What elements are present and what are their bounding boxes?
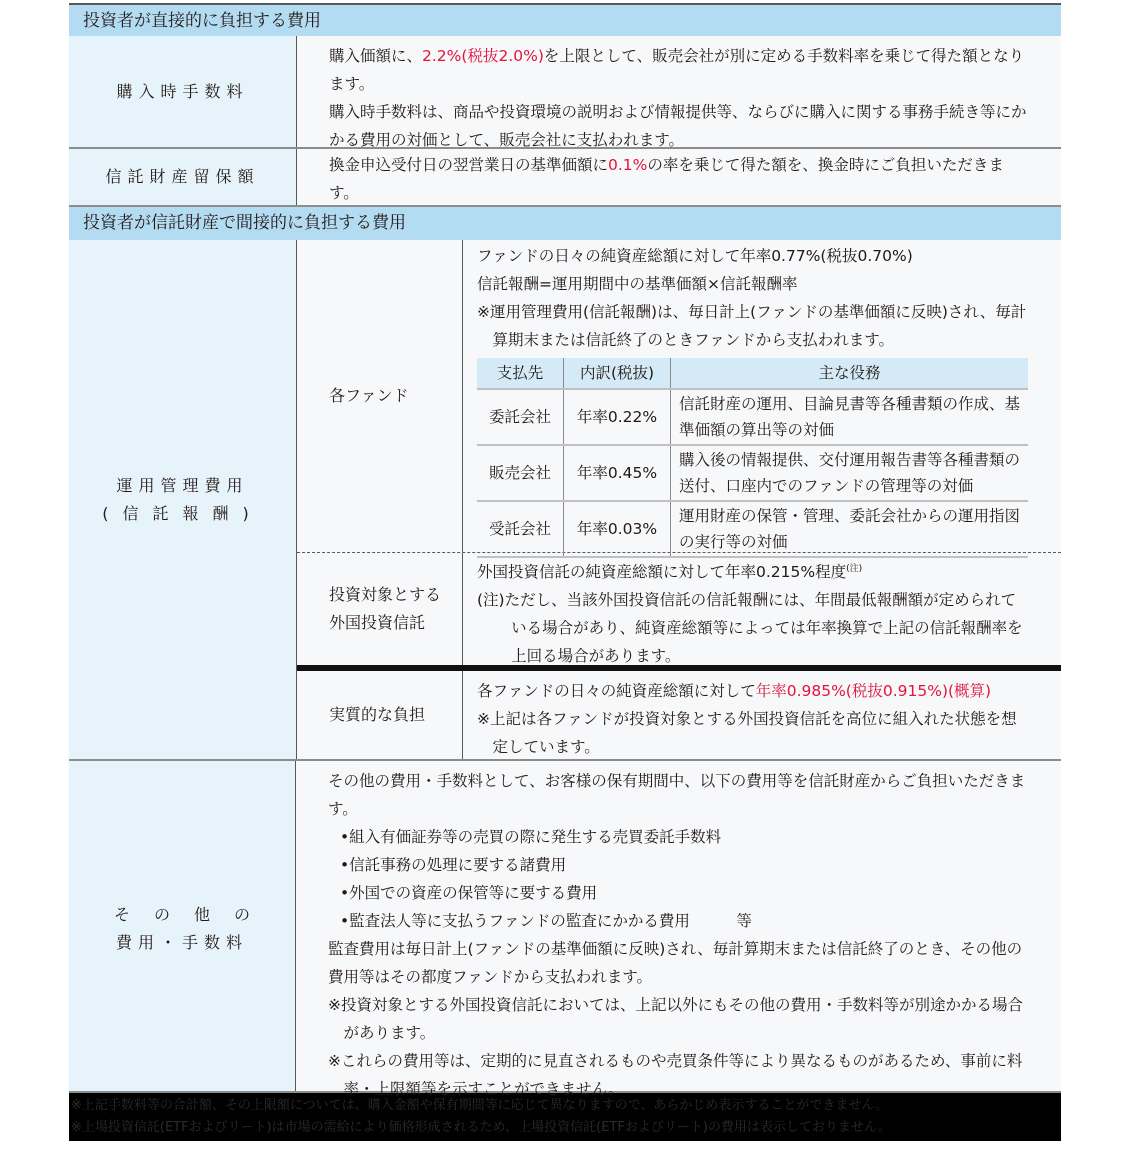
- effective-rate-line: 各ファンドの日々の純資産総額に対して年率0.985%(税抜0.915%)(概算): [477, 677, 1031, 705]
- row-other-fees: その他の費用・手数料 その他の費用・手数料として、お客様の保有期間中、以下の費用…: [69, 761, 1061, 1093]
- table-row: 受託会社 年率0.03% 運用財産の保管・管理、委託会社からの運用指図の実行等の…: [477, 501, 1028, 557]
- list-item: •監査法人等に支払うファンドの監査にかかる費用 等: [328, 907, 1031, 935]
- cell-payee: 販売会社: [477, 445, 564, 501]
- management-fee-body: 各ファンド ファンドの日々の純資産総額に対して年率0.77%(税抜0.70%) …: [297, 240, 1061, 759]
- list-item: •組入有価証券等の売買の際に発生する売買委託手数料: [328, 823, 1031, 851]
- cell-rate: 年率0.22%: [564, 389, 671, 445]
- label-line: 費用・手数料: [90, 929, 274, 957]
- row-purchase-fee: 購入時手数料 購入価額に、2.2%(税抜2.0%)を上限として、販売会社が別に定…: [69, 36, 1061, 149]
- foreign-trust-note: (注)ただし、当該外国投資信託の信託報酬には、年間最低報酬額が定められている場合…: [477, 586, 1031, 670]
- other-fees-intro: その他の費用・手数料として、お客様の保有期間中、以下の費用等を信託財産からご負担…: [328, 767, 1031, 823]
- row-trust-reserve: 信託財産留保額 換金申込受付日の翌営業日の基準価額に0.1%の率を乗じて得た額を…: [69, 149, 1061, 207]
- trust-reserve-body: 換金申込受付日の翌営業日の基準価額に0.1%の率を乗じて得た額を、換金時にご負担…: [297, 149, 1061, 205]
- table-row: 販売会社 年率0.45% 購入後の情報提供、交付運用報告書等各種書類の送付、口座…: [477, 445, 1028, 501]
- label-line: 外国投資信託: [329, 609, 441, 637]
- footer-note: ※上場投資信託(ETFおよびリート)は市場の需給により価格形成されるため、上場投…: [71, 1117, 1061, 1139]
- effective-note: ※上記は各ファンドが投資対象とする外国投資信託を高位に組入れた状態を想定していま…: [477, 705, 1031, 761]
- label-line: その他の: [90, 901, 274, 929]
- foreign-trust-body: 外国投資信託の純資産総額に対して年率0.215%程度(注) (注)ただし、当該外…: [463, 553, 1061, 665]
- purchase-fee-rate: 2.2%(税抜2.0%): [422, 47, 544, 65]
- label-effective: 実質的な負担: [297, 671, 463, 759]
- cell-service: 運用財産の保管・管理、委託会社からの運用指図の実行等の対価: [671, 501, 1029, 557]
- list-item: •外国での資産の保管等に要する費用: [328, 879, 1031, 907]
- each-fund-rate: ファンドの日々の純資産総額に対して年率0.77%(税抜0.70%): [477, 242, 1031, 270]
- effective-body: 各ファンドの日々の純資産総額に対して年率0.985%(税抜0.915%)(概算)…: [463, 671, 1061, 759]
- text: 購入価額に、: [329, 47, 422, 65]
- purchase-fee-body: 購入価額に、2.2%(税抜2.0%)を上限として、販売会社が別に定める手数料率を…: [297, 36, 1061, 147]
- purchase-fee-line1: 購入価額に、2.2%(税抜2.0%)を上限として、販売会社が別に定める手数料率を…: [329, 42, 1031, 98]
- each-fund-body: ファンドの日々の純資産総額に対して年率0.77%(税抜0.70%) 信託報酬=運…: [463, 240, 1061, 552]
- table-row: 委託会社 年率0.22% 信託財産の運用、目論見書等各種書類の作成、基準価額の算…: [477, 389, 1028, 445]
- cell-payee: 受託会社: [477, 501, 564, 557]
- column-header: 主な役務: [671, 358, 1029, 389]
- label-purchase-fee: 購入時手数料: [69, 36, 297, 147]
- each-fund-formula: 信託報酬=運用期間中の基準価額×信託報酬率: [477, 270, 1031, 298]
- cell-rate: 年率0.03%: [564, 501, 671, 557]
- column-header: 内訳(税抜): [564, 358, 671, 389]
- section-heading-direct: 投資者が直接的に負担する費用: [69, 3, 1061, 36]
- label-foreign-trust: 投資対象とする外国投資信託: [297, 553, 463, 665]
- cell-payee: 委託会社: [477, 389, 564, 445]
- cell-service: 信託財産の運用、目論見書等各種書類の作成、基準価額の算出等の対価: [671, 389, 1029, 445]
- each-fund-note: ※運用管理費用(信託報酬)は、毎日計上(ファンドの基準価額に反映)され、毎計算期…: [477, 298, 1031, 354]
- trust-reserve-rate: 0.1%: [608, 156, 647, 174]
- subrow-effective: 実質的な負担 各ファンドの日々の純資産総額に対して年率0.985%(税抜0.91…: [297, 665, 1061, 759]
- section-heading-indirect: 投資者が信託財産で間接的に負担する費用: [69, 207, 1061, 240]
- label-line: 運用管理費用: [102, 472, 263, 500]
- label-other-fees: その他の費用・手数料: [69, 761, 296, 1091]
- subrow-each-fund: 各ファンド ファンドの日々の純資産総額に対して年率0.77%(税抜0.70%) …: [297, 240, 1061, 552]
- foreign-trust-rate: 外国投資信託の純資産総額に対して年率0.215%程度(注): [477, 555, 1031, 586]
- other-fees-note1: ※投資対象とする外国投資信託においては、上記以外にもその他の費用・手数料等が別途…: [328, 991, 1031, 1047]
- table-header: 支払先 内訳(税抜) 主な役務: [477, 358, 1028, 389]
- cell-rate: 年率0.45%: [564, 445, 671, 501]
- row-management-fee: 運用管理費用(信託報酬) 各ファンド ファンドの日々の純資産総額に対して年率0.…: [69, 240, 1061, 761]
- column-header: 支払先: [477, 358, 564, 389]
- text: 外国投資信託の純資産総額に対して年率0.215%程度: [477, 563, 846, 581]
- breakdown-table: 支払先 内訳(税抜) 主な役務 委託会社 年率0.22% 信託財産の運用、目論見…: [477, 358, 1028, 558]
- effective-rate: 年率0.985%(税抜0.915%)(概算): [756, 682, 991, 700]
- label-line: 投資対象とする: [329, 581, 441, 609]
- fee-table: 投資者が直接的に負担する費用 購入時手数料 購入価額に、2.2%(税抜2.0%)…: [69, 3, 1061, 1141]
- audit-text: 監査費用は毎日計上(ファンドの基準価額に反映)され、毎計算期末または信託終了のと…: [328, 935, 1031, 991]
- cell-service: 購入後の情報提供、交付運用報告書等各種書類の送付、口座内でのファンドの管理等の対…: [671, 445, 1029, 501]
- other-fees-body: その他の費用・手数料として、お客様の保有期間中、以下の費用等を信託財産からご負担…: [296, 761, 1061, 1091]
- subrow-foreign-trust: 投資対象とする外国投資信託 外国投資信託の純資産総額に対して年率0.215%程度…: [297, 552, 1061, 665]
- label-each-fund: 各ファンド: [297, 240, 463, 552]
- list-item: •信託事務の処理に要する諸費用: [328, 851, 1031, 879]
- text: 各ファンドの日々の純資産総額に対して: [477, 682, 756, 700]
- text: 換金申込受付日の翌営業日の基準価額に: [329, 156, 608, 174]
- footnote-mark: (注): [846, 564, 862, 574]
- label-trust-reserve: 信託財産留保額: [69, 149, 297, 205]
- label-management-fee: 運用管理費用(信託報酬): [69, 240, 297, 759]
- purchase-fee-line2: 購入時手数料は、商品や投資環境の説明および情報提供等、ならびに購入に関する事務手…: [329, 98, 1031, 154]
- label-line: (信託報酬): [102, 500, 263, 528]
